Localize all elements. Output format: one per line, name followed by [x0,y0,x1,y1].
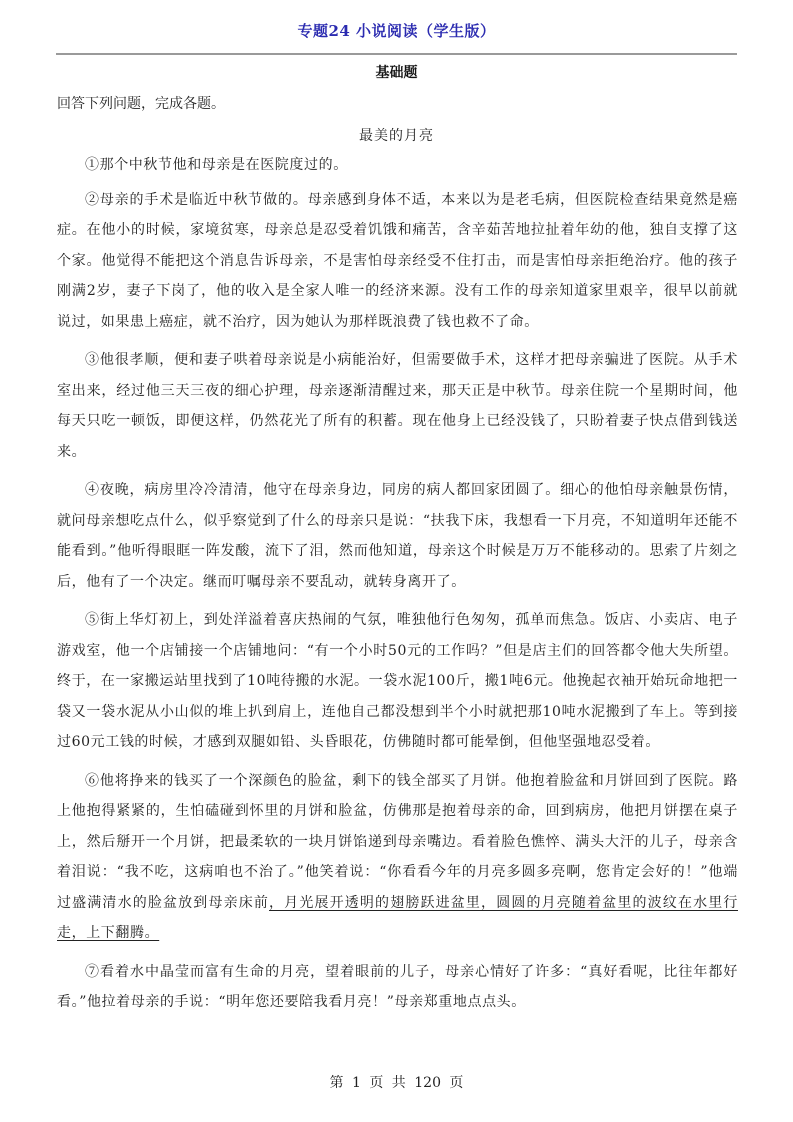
section-heading: 基础题 [0,62,793,82]
story-paragraph-4: ④夜晚，病房里冷冷清清，他守在母亲身边，同房的病人都回家团圆了。细心的他怕母亲触… [57,475,738,597]
document-header-title: 专题24 小说阅读（学生版） [0,20,793,41]
story-paragraph-1: ①那个中秋节他和母亲是在医院度过的。 [57,150,738,181]
story-title: 最美的月亮 [0,125,793,145]
story-paragraph-6-text: ⑥他将挣来的钱买了一个深颜色的脸盆，剩下的钱全部买了月饼。他抱着脸盆和月饼回到了… [57,773,738,911]
page-number-footer: 第 1 页 共 120 页 [0,1072,793,1092]
story-paragraph-6: ⑥他将挣来的钱买了一个深颜色的脸盆，剩下的钱全部买了月饼。他抱着脸盆和月饼回到了… [57,766,738,949]
story-body: ①那个中秋节他和母亲是在医院度过的。 ②母亲的手术是临近中秋节做的。母亲感到身体… [57,150,738,1026]
header-divider [56,53,737,55]
story-paragraph-5: ⑤街上华灯初上，到处洋溢着喜庆热闹的气氛，唯独他行色匆匆，孤单而焦急。饭店、小卖… [57,605,738,758]
story-paragraph-2: ②母亲的手术是临近中秋节做的。母亲感到身体不适，本来以为是老毛病，但医院检查结果… [57,185,738,338]
story-paragraph-7: ⑦看着水中晶莹而富有生命的月亮，望着眼前的儿子，母亲心情好了许多：“真好看呢，比… [57,957,738,1018]
story-paragraph-3: ③他很孝顺，便和妻子哄着母亲说是小病能治好，但需要做手术，这样才把母亲骗进了医院… [57,345,738,467]
instructions-text: 回答下列问题，完成各题。 [57,93,225,113]
